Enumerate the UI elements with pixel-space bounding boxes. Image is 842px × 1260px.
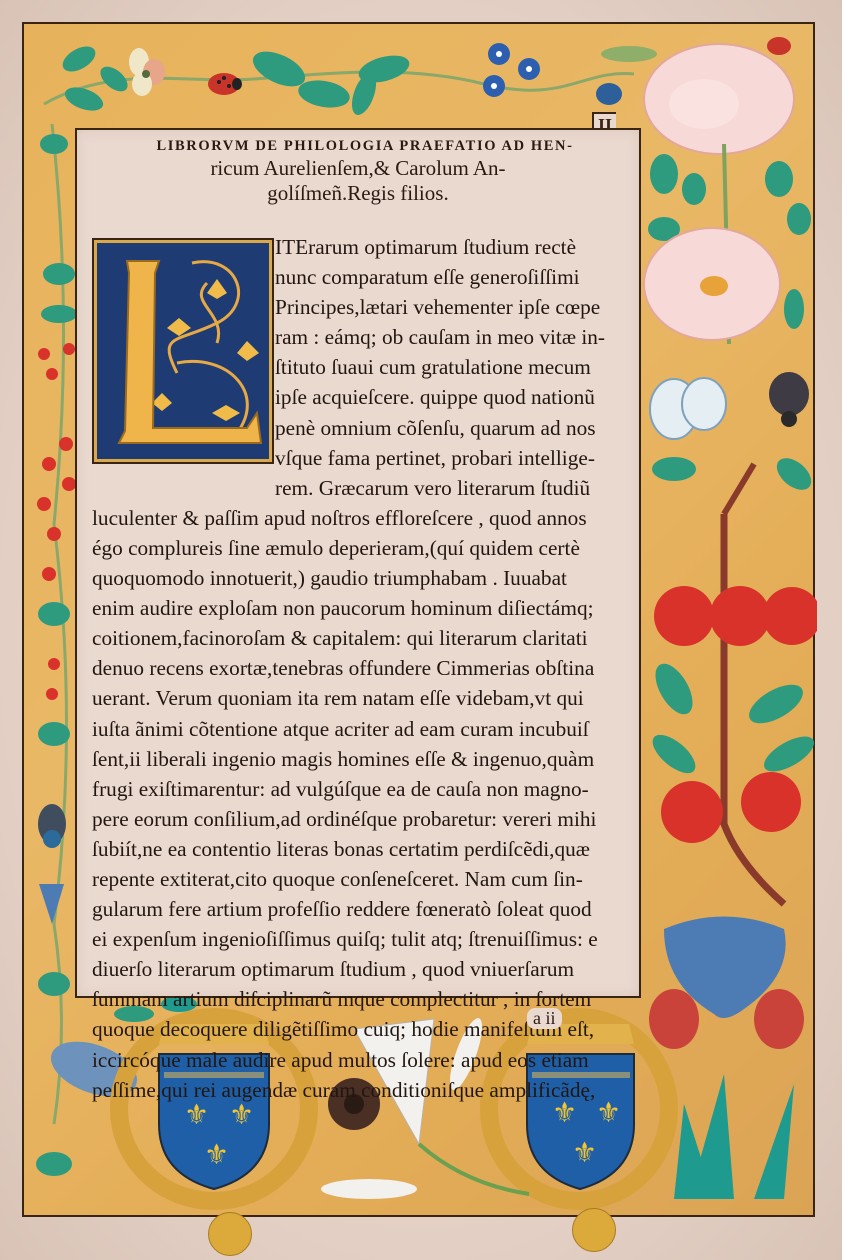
body-line: égo complureis ſine æmulo deperieram,(qu… — [92, 533, 630, 563]
body-line: coitionem,facinoroſam & capitalem: qui l… — [92, 623, 630, 653]
heading-line-3: golíſmeñ.Regis filios. — [77, 181, 639, 206]
body-line: ſent,ii liberali ingenio magis homines e… — [92, 744, 630, 774]
cherries-icon — [654, 586, 817, 843]
body-line: Principes,lætari vehementer ipſe cœpe — [92, 292, 630, 322]
medallion-left-icon — [208, 1212, 252, 1256]
body-line: ſtituto ſuaui cum gratulatione mecum — [92, 352, 630, 382]
body-line: repente extiterat,cito quoque conſeneſce… — [92, 864, 630, 894]
rose-icon — [644, 44, 794, 154]
body-line: peſſime,qui rei augendæ curam conditioni… — [92, 1075, 630, 1105]
body-line: pere eorum conſilium,ad ordinéſque proba… — [92, 804, 630, 834]
body-line: vſque fama pertinet, probari intellige- — [92, 443, 630, 473]
butterfly-icon — [650, 378, 726, 439]
body-line: ram : eámq; ob cauſam in meo vitæ in- — [92, 322, 630, 352]
bluebell-icon — [39, 884, 64, 924]
body-line: denuo recens exortæ,tenebras offundere C… — [92, 653, 630, 683]
body-line: frugi exiſtimarentur: ad vulgúſque ea de… — [92, 774, 630, 804]
preface-heading: LIBRORVM DE PHILOLOGIA PRAEFATIO AD HEN-… — [77, 136, 639, 206]
svg-text:⚜: ⚜ — [204, 1140, 229, 1171]
pansy-icon — [129, 48, 165, 96]
body-line: luculenter & paſſim apud noſtros efflore… — [92, 503, 630, 533]
body-line: uerant. Verum quoniam ita rem natam eſſe… — [92, 683, 630, 713]
body-line: diuerſo literarum optimarum ſtudium , qu… — [92, 954, 630, 984]
iris-icon — [649, 917, 804, 1200]
body-line: enim audire exploſam non paucorum hominu… — [92, 593, 630, 623]
ladybird-icon — [208, 73, 242, 95]
signature-mark: a ii — [527, 1008, 562, 1029]
text-panel: LIBRORVM DE PHILOLOGIA PRAEFATIO AD HEN-… — [75, 128, 641, 998]
rose-icon — [644, 228, 780, 340]
fly-icon — [769, 372, 809, 427]
body-line: quoquomodo innotuerit,) gaudio triumphab… — [92, 563, 630, 593]
body-line: ITErarum optimarum ſtudium rectè — [92, 232, 630, 262]
heading-line-2: ricum Aurelienſem,& Carolum An- — [77, 156, 639, 181]
body-line: nunc comparatum eſſe generoſiſſimi — [92, 262, 630, 292]
body-line: ſubiít,ne ea contentio literas bonas cer… — [92, 834, 630, 864]
heading-line-1: LIBRORVM DE PHILOLOGIA PRAEFATIO AD HEN- — [77, 136, 639, 156]
body-line: penè omnium cõſenſu, quarum ad nos — [92, 413, 630, 443]
body-line: gularum fere artium profeſſio reddere fœ… — [92, 894, 630, 924]
medallion-right-icon — [572, 1208, 616, 1252]
preface-body: ITErarum optimarum ſtudium rectè nunc co… — [92, 232, 630, 1105]
body-line: iccircóque male audire apud multos ſoler… — [92, 1045, 630, 1075]
body-line: ei expenſum ingenioſiſſimus quiſq; tulit… — [92, 924, 630, 954]
body-line: iuſta ãnimi cõtentione atque acriter ad … — [92, 714, 630, 744]
body-line: rem. Græcarum vero literarum ſtudiũ — [92, 473, 630, 503]
red-berries-icon — [37, 343, 76, 700]
svg-text:⚜: ⚜ — [572, 1138, 597, 1169]
body-line: ipſe acquieſcere. quippe quod nationũ — [92, 382, 630, 412]
